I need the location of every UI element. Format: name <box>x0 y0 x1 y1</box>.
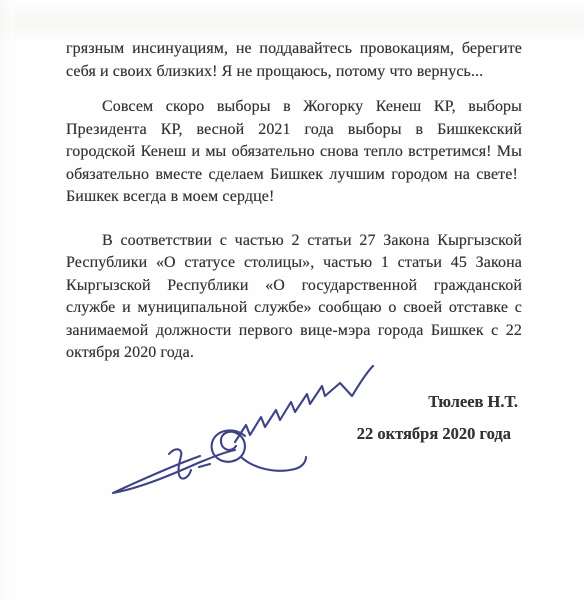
signatory-name: Тюлеев Н.Т. <box>66 391 522 413</box>
paragraph-resignation-statement: В соответствии с частью 2 статьи 27 Зако… <box>66 230 522 365</box>
letter-body: грязным инсинуациям, не поддавайтесь про… <box>0 0 584 445</box>
signature-date: 22 октября 2020 года <box>66 423 522 445</box>
paragraph-elections: Совсем скоро выборы в Жогорку Кенеш КР, … <box>66 96 522 209</box>
scanned-letter-page: грязным инсинуациям, не поддавайтесь про… <box>0 0 584 600</box>
paragraph-farewell: грязным инсинуациям, не поддавайтесь про… <box>66 0 522 83</box>
